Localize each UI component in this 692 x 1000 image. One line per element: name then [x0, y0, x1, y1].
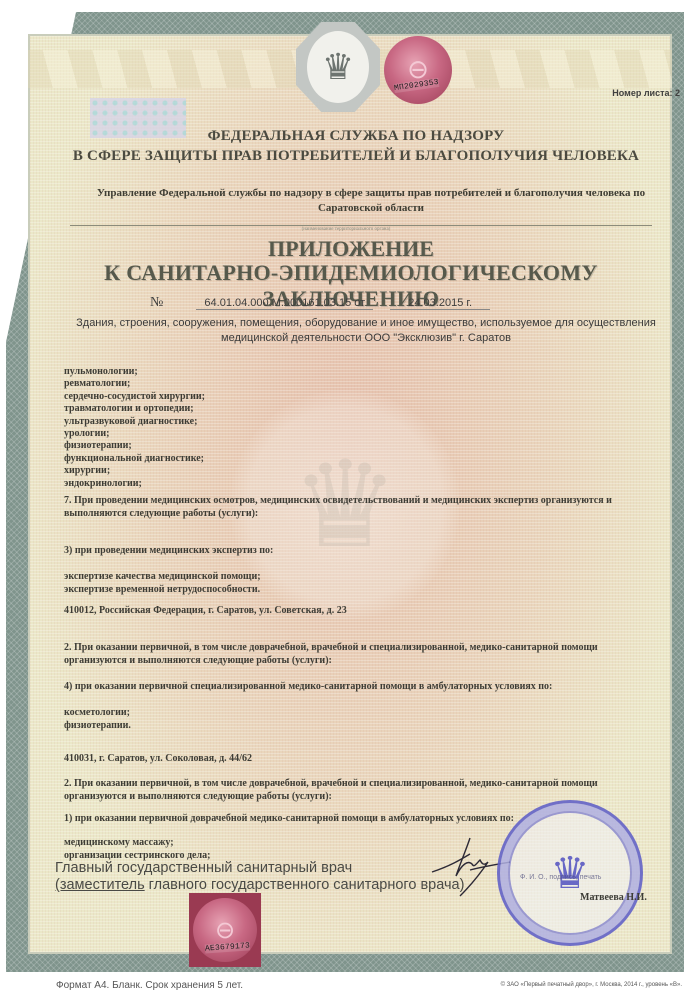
address-1-sub4: 4) при оказании первичной специализирова… [64, 680, 652, 693]
signature-caption: Ф. И. О., подпись, печать [520, 874, 601, 881]
conclusion-number: 64.01.04.000.М.000161.03.15 от [196, 297, 373, 310]
list-item: ревматологии; [64, 378, 652, 390]
hologram-seal-icon: ⊖ [193, 898, 257, 962]
list-item: эндокринологии; [64, 478, 652, 490]
specialty-list: пульмонологии; ревматологии; сердечно-со… [64, 366, 652, 490]
number-sign: № [150, 295, 163, 310]
territorial-body: Управление Федеральной службы по надзору… [90, 186, 652, 216]
signatory-title-line2: (заместитель главного государственного с… [55, 877, 464, 893]
section-7-sub3: 3) при проведении медицинских экспертиз … [64, 544, 652, 557]
signer-name: Матвеева Н.И. [580, 892, 647, 903]
address-1-section-2: 2. При оказании первичной, в том числе д… [64, 641, 652, 667]
address-1-items: косметологии; физиотерапии. [64, 706, 652, 732]
agency-title-line2: В СФЕРЕ ЗАЩИТЫ ПРАВ ПОТРЕБИТЕЛЕЙ И БЛАГО… [40, 148, 672, 165]
address-2-section-2: 2. При оказании первичной, в том числе д… [64, 777, 652, 803]
hologram-seal-icon: ⊖ [384, 36, 452, 104]
list-item: косметологии; [64, 706, 652, 719]
conclusion-subject: Здания, строения, сооружения, помещения,… [70, 316, 662, 346]
list-item: ультразвуковой диагностике; [64, 416, 652, 428]
divider [70, 225, 652, 226]
list-item: функциональной диагностике; [64, 453, 652, 465]
conclusion-number-row: № 64.01.04.000.М.000161.03.15 от 24.03.2… [150, 295, 490, 311]
list-item: экспертизе временной нетрудоспособности. [64, 583, 652, 596]
list-item: сердечно-сосудистой хирургии; [64, 391, 652, 403]
list-item: экспертизе качества медицинской помощи; [64, 570, 652, 583]
territorial-caption: (наименование территориального органа) [0, 227, 692, 232]
agency-title-line1: ФЕДЕРАЛЬНАЯ СЛУЖБА ПО НАДЗОРУ [40, 128, 672, 145]
section-7-items: экспертизе качества медицинской помощи; … [64, 570, 652, 596]
list-item: урологии; [64, 428, 652, 440]
footer-printer-note: © ЗАО «Первый печатный двор», г. Москва,… [501, 982, 682, 988]
sheet-number: Номер листа: 2 [612, 88, 680, 98]
list-item: физиотерапии; [64, 440, 652, 452]
list-item: пульмонологии; [64, 366, 652, 378]
hologram-label-bottom: ⊖ [189, 893, 261, 967]
eagle-emblem-icon: ♛ [296, 22, 380, 112]
address-1: 410012, Российская Федерация, г. Саратов… [64, 604, 652, 617]
list-item: хирургии; [64, 465, 652, 477]
official-stamp-icon: ♛ [497, 800, 643, 946]
section-7: 7. При проведении медицинских осмотров, … [64, 494, 652, 520]
footer-format-note: Формат А4. Бланк. Срок хранения 5 лет. [56, 980, 243, 991]
conclusion-date: 24.03.2015 г. [390, 297, 490, 310]
from-label: от [354, 297, 365, 309]
signatory-title-line1: Главный государственный санитарный врач [55, 860, 352, 876]
address-2: 410031, г. Саратов, ул. Соколовая, д. 44… [64, 752, 652, 765]
annex-title-line1: ПРИЛОЖЕНИЕ [30, 236, 672, 262]
list-item: травматологии и ортопедии; [64, 403, 652, 415]
list-item: физиотерапии. [64, 719, 652, 732]
